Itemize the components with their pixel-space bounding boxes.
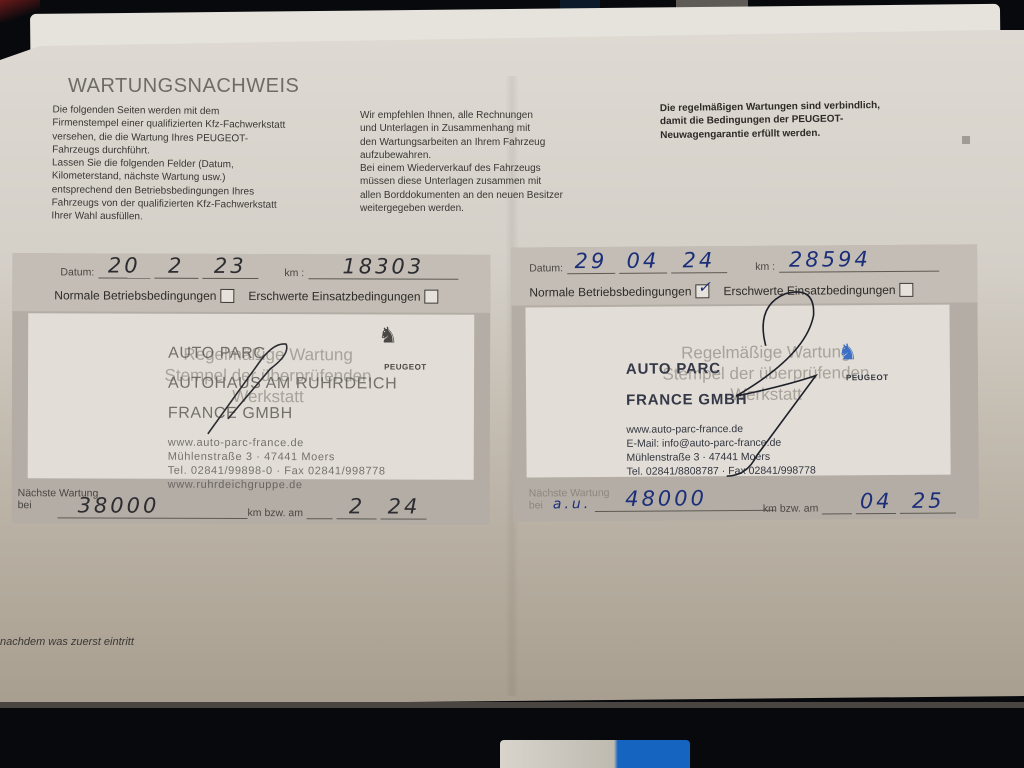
date-day: 20 bbox=[98, 253, 150, 278]
page-title: WARTUNGSNACHWEIS bbox=[68, 75, 299, 98]
next-service-day bbox=[307, 494, 333, 519]
service-entry-1: Datum: 20 2 23 km : 18303 Normale Betrie… bbox=[12, 253, 491, 525]
service-entry-2: Datum: 29 04 24 km : 28594 Normale Betri… bbox=[511, 244, 979, 521]
workshop-stamp-area: Regelmäßige Wartung Stempel der überprüf… bbox=[28, 313, 475, 480]
background-object bbox=[500, 740, 690, 768]
next-service-month: 2 bbox=[337, 494, 377, 519]
km-value: 28594 bbox=[779, 247, 939, 273]
page-edge bbox=[0, 702, 1024, 708]
hard-conditions-checkbox[interactable] bbox=[425, 290, 439, 304]
date-label: Datum: bbox=[60, 266, 94, 278]
service-booklet-page: WARTUNGSNACHWEIS Die folgenden Seiten we… bbox=[0, 30, 1024, 706]
date-month: 2 bbox=[154, 254, 198, 279]
printer-mark bbox=[962, 136, 970, 144]
normal-conditions-label: Normale Betriebsbedingungen bbox=[529, 284, 691, 299]
intro-text-column-1: Die folgenden Seiten werden mit dem Firm… bbox=[51, 103, 352, 226]
date-day: 29 bbox=[567, 249, 615, 274]
next-service-year: 24 bbox=[381, 494, 427, 519]
workshop-stamp-area: Regelmäßige Wartung Stempel der überprüf… bbox=[525, 305, 950, 478]
km-label: km : bbox=[284, 267, 304, 279]
km-value: 18303 bbox=[308, 254, 458, 280]
km-or-date-label: km bzw. am bbox=[248, 507, 303, 519]
normal-conditions-label: Normale Betriebsbedingungen bbox=[54, 288, 216, 303]
date-month: 04 bbox=[619, 249, 667, 274]
hard-conditions-label: Erschwerte Einsatzbedingungen bbox=[248, 289, 420, 304]
date-year: 24 bbox=[671, 248, 727, 273]
hard-conditions-checkbox[interactable] bbox=[900, 283, 914, 297]
signature bbox=[198, 324, 298, 444]
km-field[interactable]: km : 18303 bbox=[284, 254, 458, 280]
next-service-prefix: a.u. bbox=[553, 496, 591, 512]
intro-text-column-3: Die regelmäßigen Wartungen sind verbindl… bbox=[660, 98, 961, 142]
stamp-address: www.auto-parc-france.de Mühlenstraße 3 ·… bbox=[168, 437, 386, 491]
km-label: km : bbox=[755, 261, 775, 273]
km-field[interactable]: km : 28594 bbox=[755, 247, 939, 273]
date-label: Datum: bbox=[529, 262, 563, 274]
peugeot-lion-icon: ♞ bbox=[378, 322, 398, 348]
normal-conditions-checkbox[interactable] bbox=[220, 289, 234, 303]
next-service-date-field[interactable]: km bzw. am 04 25 bbox=[763, 489, 957, 515]
next-service-year: 25 bbox=[900, 489, 956, 514]
next-service-km-field[interactable]: a.u. 48000 bbox=[553, 486, 776, 513]
signature bbox=[695, 285, 836, 486]
next-service-km-field[interactable]: 38000 bbox=[58, 493, 248, 519]
peugeot-brand-text: PEUGEOT bbox=[384, 362, 427, 371]
next-service-date-field[interactable]: km bzw. am 2 24 bbox=[248, 494, 428, 520]
date-field[interactable]: Datum: 29 04 24 bbox=[529, 248, 727, 274]
next-service-month: 04 bbox=[856, 489, 896, 514]
date-year: 23 bbox=[202, 254, 258, 279]
peugeot-lion-icon: ♞ bbox=[838, 339, 858, 365]
next-service-day bbox=[822, 489, 852, 514]
conditions-row: Normale Betriebsbedingungen Erschwerte E… bbox=[54, 288, 438, 303]
km-or-date-label: km bzw. am bbox=[763, 502, 819, 514]
intro-text-column-2: Wir empfehlen Ihnen, alle Rechnungen und… bbox=[360, 109, 620, 215]
peugeot-brand-text: PEUGEOT bbox=[846, 373, 889, 382]
date-field[interactable]: Datum: 20 2 23 bbox=[60, 253, 258, 279]
footnote: nachdem was zuerst eintritt bbox=[0, 636, 134, 648]
next-service-km-value: 38000 bbox=[58, 493, 248, 519]
next-service-km-value: 48000 bbox=[595, 486, 775, 512]
